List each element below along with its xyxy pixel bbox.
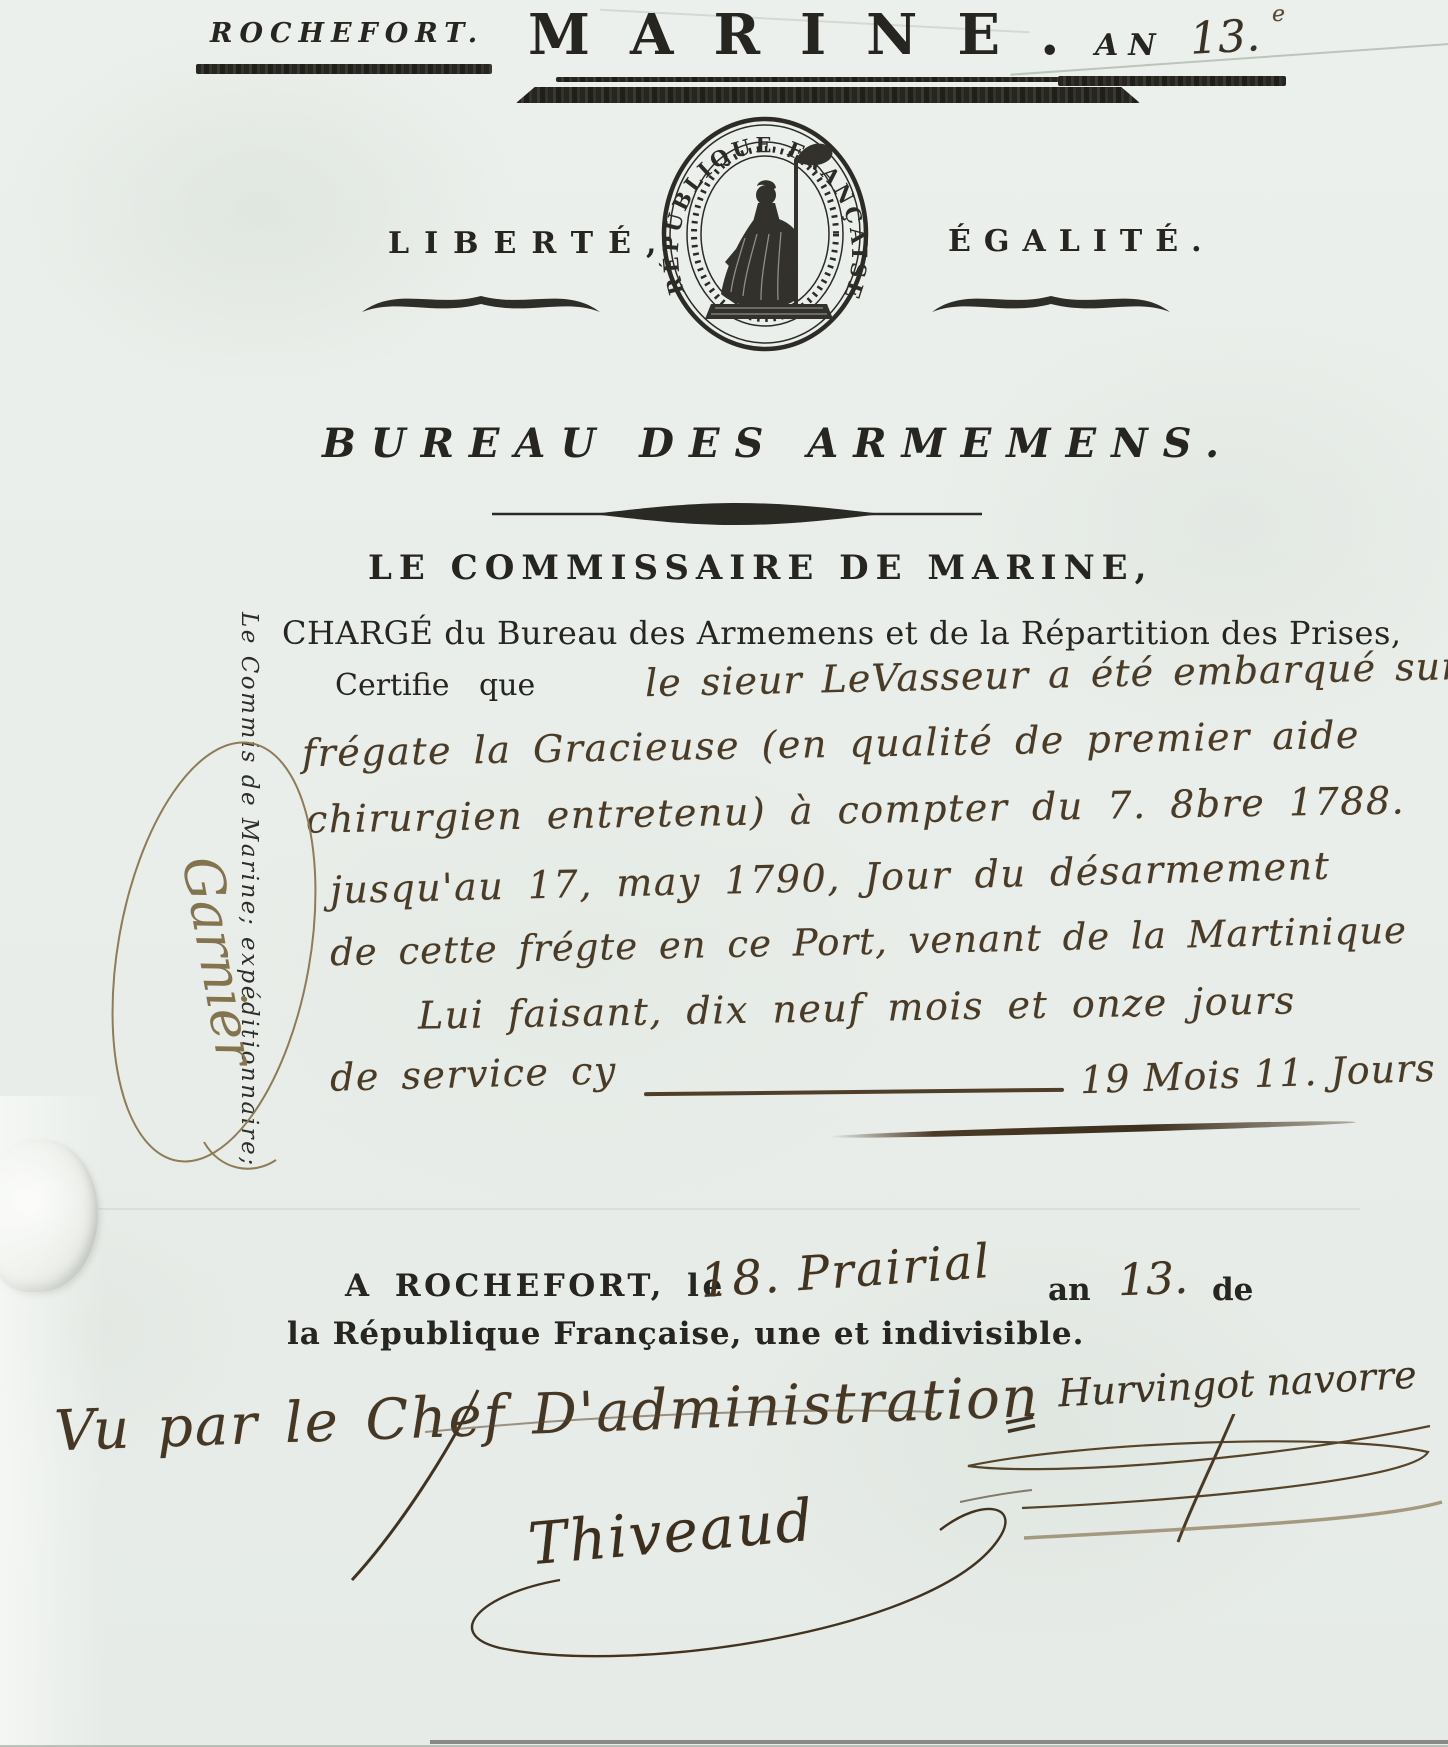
header-rule-left <box>196 64 492 74</box>
certify-label: Certifie que <box>335 668 535 703</box>
dateline-de: de <box>1212 1272 1253 1308</box>
total-underline-flourish <box>828 1119 1356 1141</box>
scanned-document: ROCHEFORT. MARINE. AN 13. e RÉPUBLIQUE F… <box>0 0 1448 1747</box>
header-an-label: AN <box>1095 28 1166 63</box>
scan-edge-bottom <box>430 1740 1448 1744</box>
manuscript-line-7: de service cy <box>329 1048 617 1099</box>
header-rule-center-thin <box>556 77 1096 82</box>
manuscript-line-4: jusqu'au 17, may 1790, Jour du désarmeme… <box>330 844 1331 912</box>
motto-egalite: ÉGALITÉ. <box>948 224 1215 259</box>
margin-signature-garnier: Garnier <box>86 712 348 1186</box>
paper-crease <box>60 1208 1360 1210</box>
manuscript-line-2: frégate la Gracieuse (en qualité de prem… <box>302 713 1361 775</box>
manuscript-line-3: chirurgien entretenu) à compter du 7. 8b… <box>306 778 1406 841</box>
egalite-flourish <box>926 282 1176 322</box>
manuscript-total: 19 Mois 11. Jours <box>1079 1046 1436 1102</box>
footer-signature-right: Hurvingot navorre <box>1057 1353 1418 1416</box>
garnier-signature-text: Garnier <box>169 851 268 1073</box>
header-rule-right <box>1058 76 1286 86</box>
dateline-republique: la République Française, une et indivisi… <box>287 1316 1084 1352</box>
dateline-an-label: an <box>1048 1272 1091 1308</box>
dateline-year-handwritten: 13. <box>1117 1253 1189 1306</box>
corner-mark: e <box>1272 2 1285 27</box>
manuscript-line-6: Lui faisant, dix neuf mois et onze jours <box>418 978 1296 1037</box>
dateline-place: A ROCHEFORT, le <box>345 1268 726 1304</box>
manuscript-line-5: de cette frégte en ce Port, venant de la… <box>330 909 1408 975</box>
signature-center-flourish <box>380 1488 1040 1688</box>
republique-francaise-seal: RÉPUBLIQUE FRANÇAISE. <box>645 108 885 358</box>
header-title: MARINE. <box>528 2 1100 68</box>
diamond-divider <box>492 500 982 528</box>
header-an-value: 13. <box>1189 10 1262 65</box>
manuscript-dash <box>644 1088 1064 1096</box>
header-rule-center-thick <box>516 87 1140 103</box>
motto-liberte: LIBERTÉ, <box>388 226 671 261</box>
bureau-heading: BUREAU DES ARMEMENS. <box>322 420 1234 467</box>
charge-line: CHARGÉ du Bureau des Armemens et de la R… <box>282 614 1402 652</box>
dateline-day-handwritten: 18. Prairial <box>698 1234 993 1309</box>
header-place: ROCHEFORT. <box>210 18 484 49</box>
manuscript-line-1: le sieur LeVasseur a été embarqué sur la <box>645 643 1448 705</box>
commissaire-heading: LE COMMISSAIRE DE MARINE, <box>368 548 1153 588</box>
liberte-flourish <box>356 282 606 322</box>
